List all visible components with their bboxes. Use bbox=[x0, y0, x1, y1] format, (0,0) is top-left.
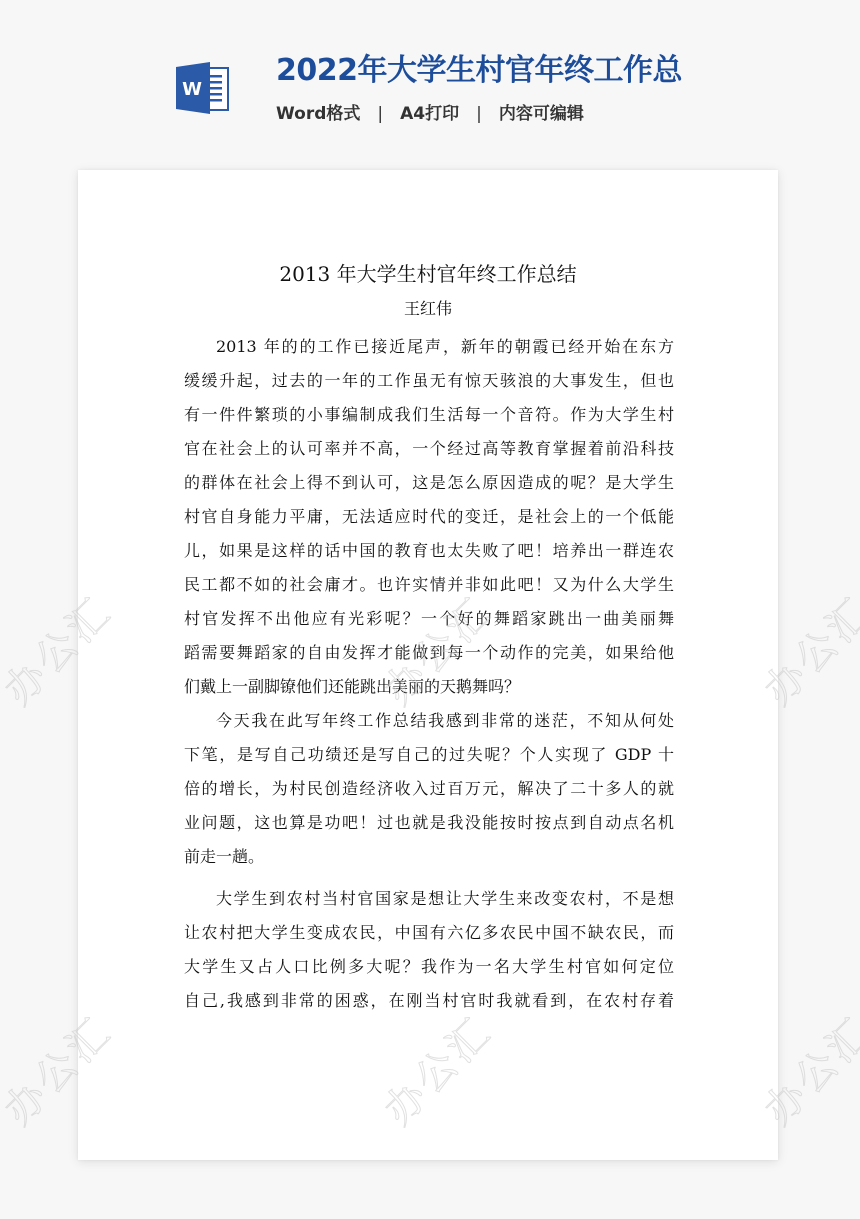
body-line: 民工都不如的社会庸才。也许实情并非如此吧！又为什么大学生 bbox=[184, 568, 674, 602]
document-title: 2013 年大学生村官年终工作总结 bbox=[78, 260, 778, 288]
body-line: 村官发挥不出他应有光彩呢？一个好的舞蹈家跳出一曲美丽舞 bbox=[184, 602, 674, 636]
separator: | bbox=[476, 101, 482, 127]
body-line: 自己,我感到非常的困惑，在刚当村官时我就看到，在农村存着 bbox=[184, 984, 674, 1018]
header-banner: W 2022年大学生村官年终工作总 Word格式 | A4打印 | 内容可编辑 bbox=[0, 0, 860, 150]
body-line: 们戴上一副脚镣他们还能跳出美丽的天鹅舞吗？ bbox=[184, 670, 674, 704]
body-line: 的群体在社会上得不到认可，这是怎么原因造成的呢？是大学生 bbox=[184, 466, 674, 500]
word-doc-icon: W bbox=[174, 60, 230, 116]
separator: | bbox=[377, 101, 383, 127]
body-line: 村官自身能力平庸，无法适应时代的变迁，是社会上的一个低能 bbox=[184, 500, 674, 534]
body-line: 蹈需要舞蹈家的自由发挥才能做到每一个动作的完美，如果给他 bbox=[184, 636, 674, 670]
document-body: 2013 年的的工作已接近尾声，新年的朝霞已经开始在东方缓缓升起，过去的一年的工… bbox=[184, 330, 674, 1018]
feature-word-format: Word格式 bbox=[276, 101, 360, 127]
body-line: 倍的增长，为村民创造经济收入过百万元，解决了二十多人的就 bbox=[184, 772, 674, 806]
body-line: 大学生到农村当村官国家是想让大学生来改变农村，不是想 bbox=[184, 882, 674, 916]
body-line: 2013 年的的工作已接近尾声，新年的朝霞已经开始在东方 bbox=[184, 330, 674, 364]
header-title: 2022年大学生村官年终工作总 bbox=[276, 50, 682, 92]
body-line: 有一件件繁琐的小事编制成我们生活每一个音符。作为大学生村 bbox=[184, 398, 674, 432]
body-line: 大学生又占人口比例多大呢？我作为一名大学生村官如何定位 bbox=[184, 950, 674, 984]
feature-list: Word格式 | A4打印 | 内容可编辑 bbox=[276, 101, 584, 127]
document-page: 2013 年大学生村官年终工作总结 王红伟 2013 年的的工作已接近尾声，新年… bbox=[78, 170, 778, 1160]
body-line: 业问题，这也算是功吧！过也就是我没能按时按点到自动点名机 bbox=[184, 806, 674, 840]
body-line: 儿，如果是这样的话中国的教育也太失败了吧！培养出一群连农 bbox=[184, 534, 674, 568]
body-line: 缓缓升起，过去的一年的工作虽无有惊天骇浪的大事发生，但也 bbox=[184, 364, 674, 398]
body-line: 今天我在此写年终工作总结我感到非常的迷茫，不知从何处 bbox=[184, 704, 674, 738]
body-line: 让农村把大学生变成农民，中国有六亿多农民中国不缺农民，而 bbox=[184, 916, 674, 950]
body-line: 下笔，是写自己功绩还是写自己的过失呢？个人实现了 GDP 十 bbox=[184, 738, 674, 772]
svg-text:W: W bbox=[182, 79, 202, 100]
feature-editable: 内容可编辑 bbox=[499, 101, 584, 127]
body-line: 官在社会上的认可率并不高，一个经过高等教育掌握着前沿科技 bbox=[184, 432, 674, 466]
document-author: 王红伟 bbox=[78, 297, 778, 321]
body-line: 前走一趟。 bbox=[184, 840, 674, 874]
feature-a4-print: A4打印 bbox=[400, 101, 459, 127]
